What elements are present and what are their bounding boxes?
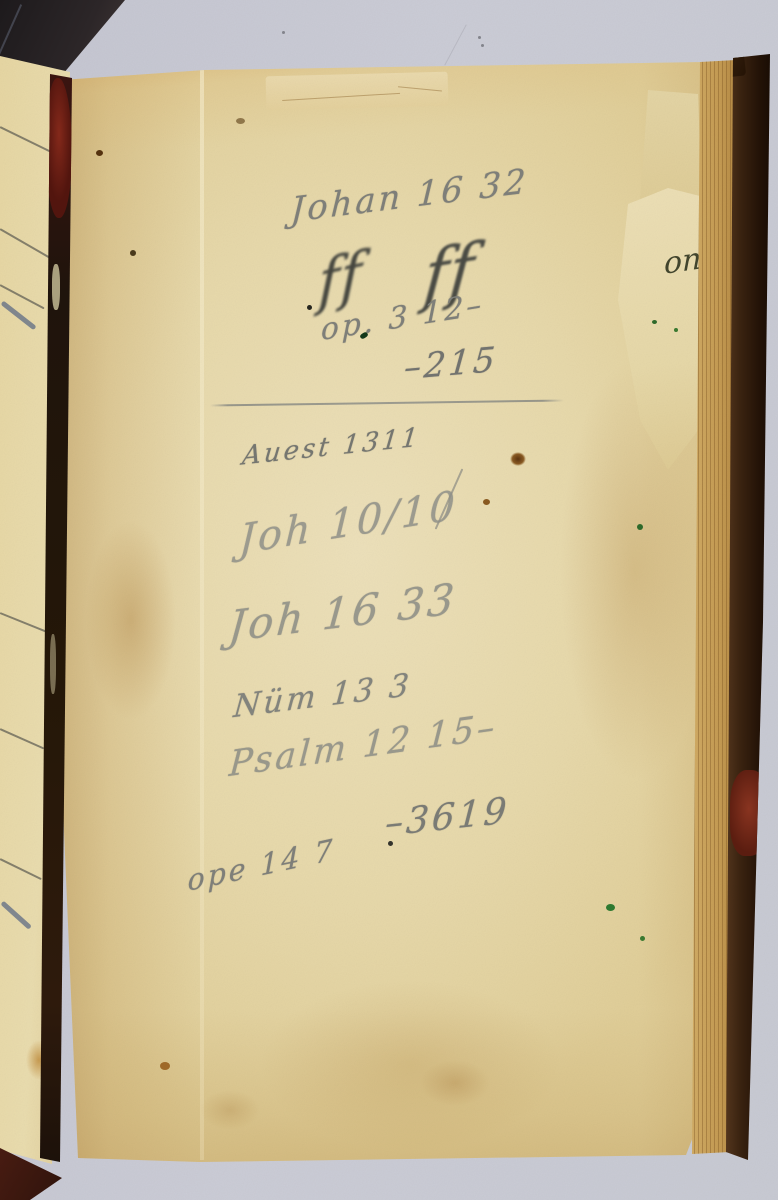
foxing-spot <box>200 1090 260 1130</box>
green-speck <box>606 904 615 911</box>
red-leather-fragment <box>730 770 772 856</box>
blue-pencil-mark <box>0 901 32 930</box>
brown-spot <box>160 1062 170 1070</box>
gutter-debris <box>50 634 56 694</box>
dark-speck <box>130 250 136 256</box>
cover-streak <box>0 4 22 60</box>
pencil-divider-line <box>210 400 564 407</box>
pencil-line <box>0 858 42 880</box>
handwriting-line: Johan 16 32 <box>290 161 530 231</box>
pencil-line <box>0 728 44 749</box>
green-speck <box>640 936 645 941</box>
gutter-debris <box>52 264 60 310</box>
flyleaf-page: on Johan 16 32 ff ff op. 3 12– –215 Aues… <box>0 0 778 1200</box>
tape-crease <box>282 93 400 101</box>
handwriting-line: Joh 10/10 <box>238 482 459 564</box>
foxing-spot <box>420 1060 490 1106</box>
green-speck <box>652 320 657 324</box>
brown-spot <box>510 452 526 466</box>
ink-letters: on <box>664 241 701 282</box>
dust-speck <box>481 44 484 47</box>
stain <box>260 980 560 1150</box>
dark-speck <box>96 150 103 156</box>
dust-speck <box>282 31 285 34</box>
red-leather-remnant <box>46 78 72 218</box>
rust-spot <box>483 499 490 505</box>
handwriting-line: Joh 16 33 <box>227 574 459 652</box>
page-crease-highlight <box>200 70 204 1160</box>
dust-speck <box>478 36 481 39</box>
blue-pencil-mark <box>0 301 36 331</box>
handwriting-line: Nüm 13 3 <box>232 667 413 726</box>
tape-crease <box>398 86 442 91</box>
pencil-line <box>0 228 52 260</box>
dark-speck <box>236 118 245 124</box>
dark-speck <box>388 841 393 846</box>
pencil-line <box>0 126 53 153</box>
pencil-line <box>0 612 49 633</box>
stain <box>86 520 176 720</box>
green-speck <box>637 524 643 530</box>
background-scratch <box>444 24 466 65</box>
green-speck <box>674 328 678 332</box>
handwriting-line: Auest 1311 <box>241 422 422 471</box>
handwriting-line: –3619 <box>384 790 511 845</box>
handwriting-line: ope 14 7 <box>188 832 336 898</box>
handwriting-line: –215 <box>402 340 499 389</box>
book-photograph: on Johan 16 32 ff ff op. 3 12– –215 Aues… <box>0 0 778 1200</box>
handwriting-monogram: ff <box>317 238 363 317</box>
tape-residue <box>266 72 449 111</box>
dark-speck <box>307 305 312 310</box>
